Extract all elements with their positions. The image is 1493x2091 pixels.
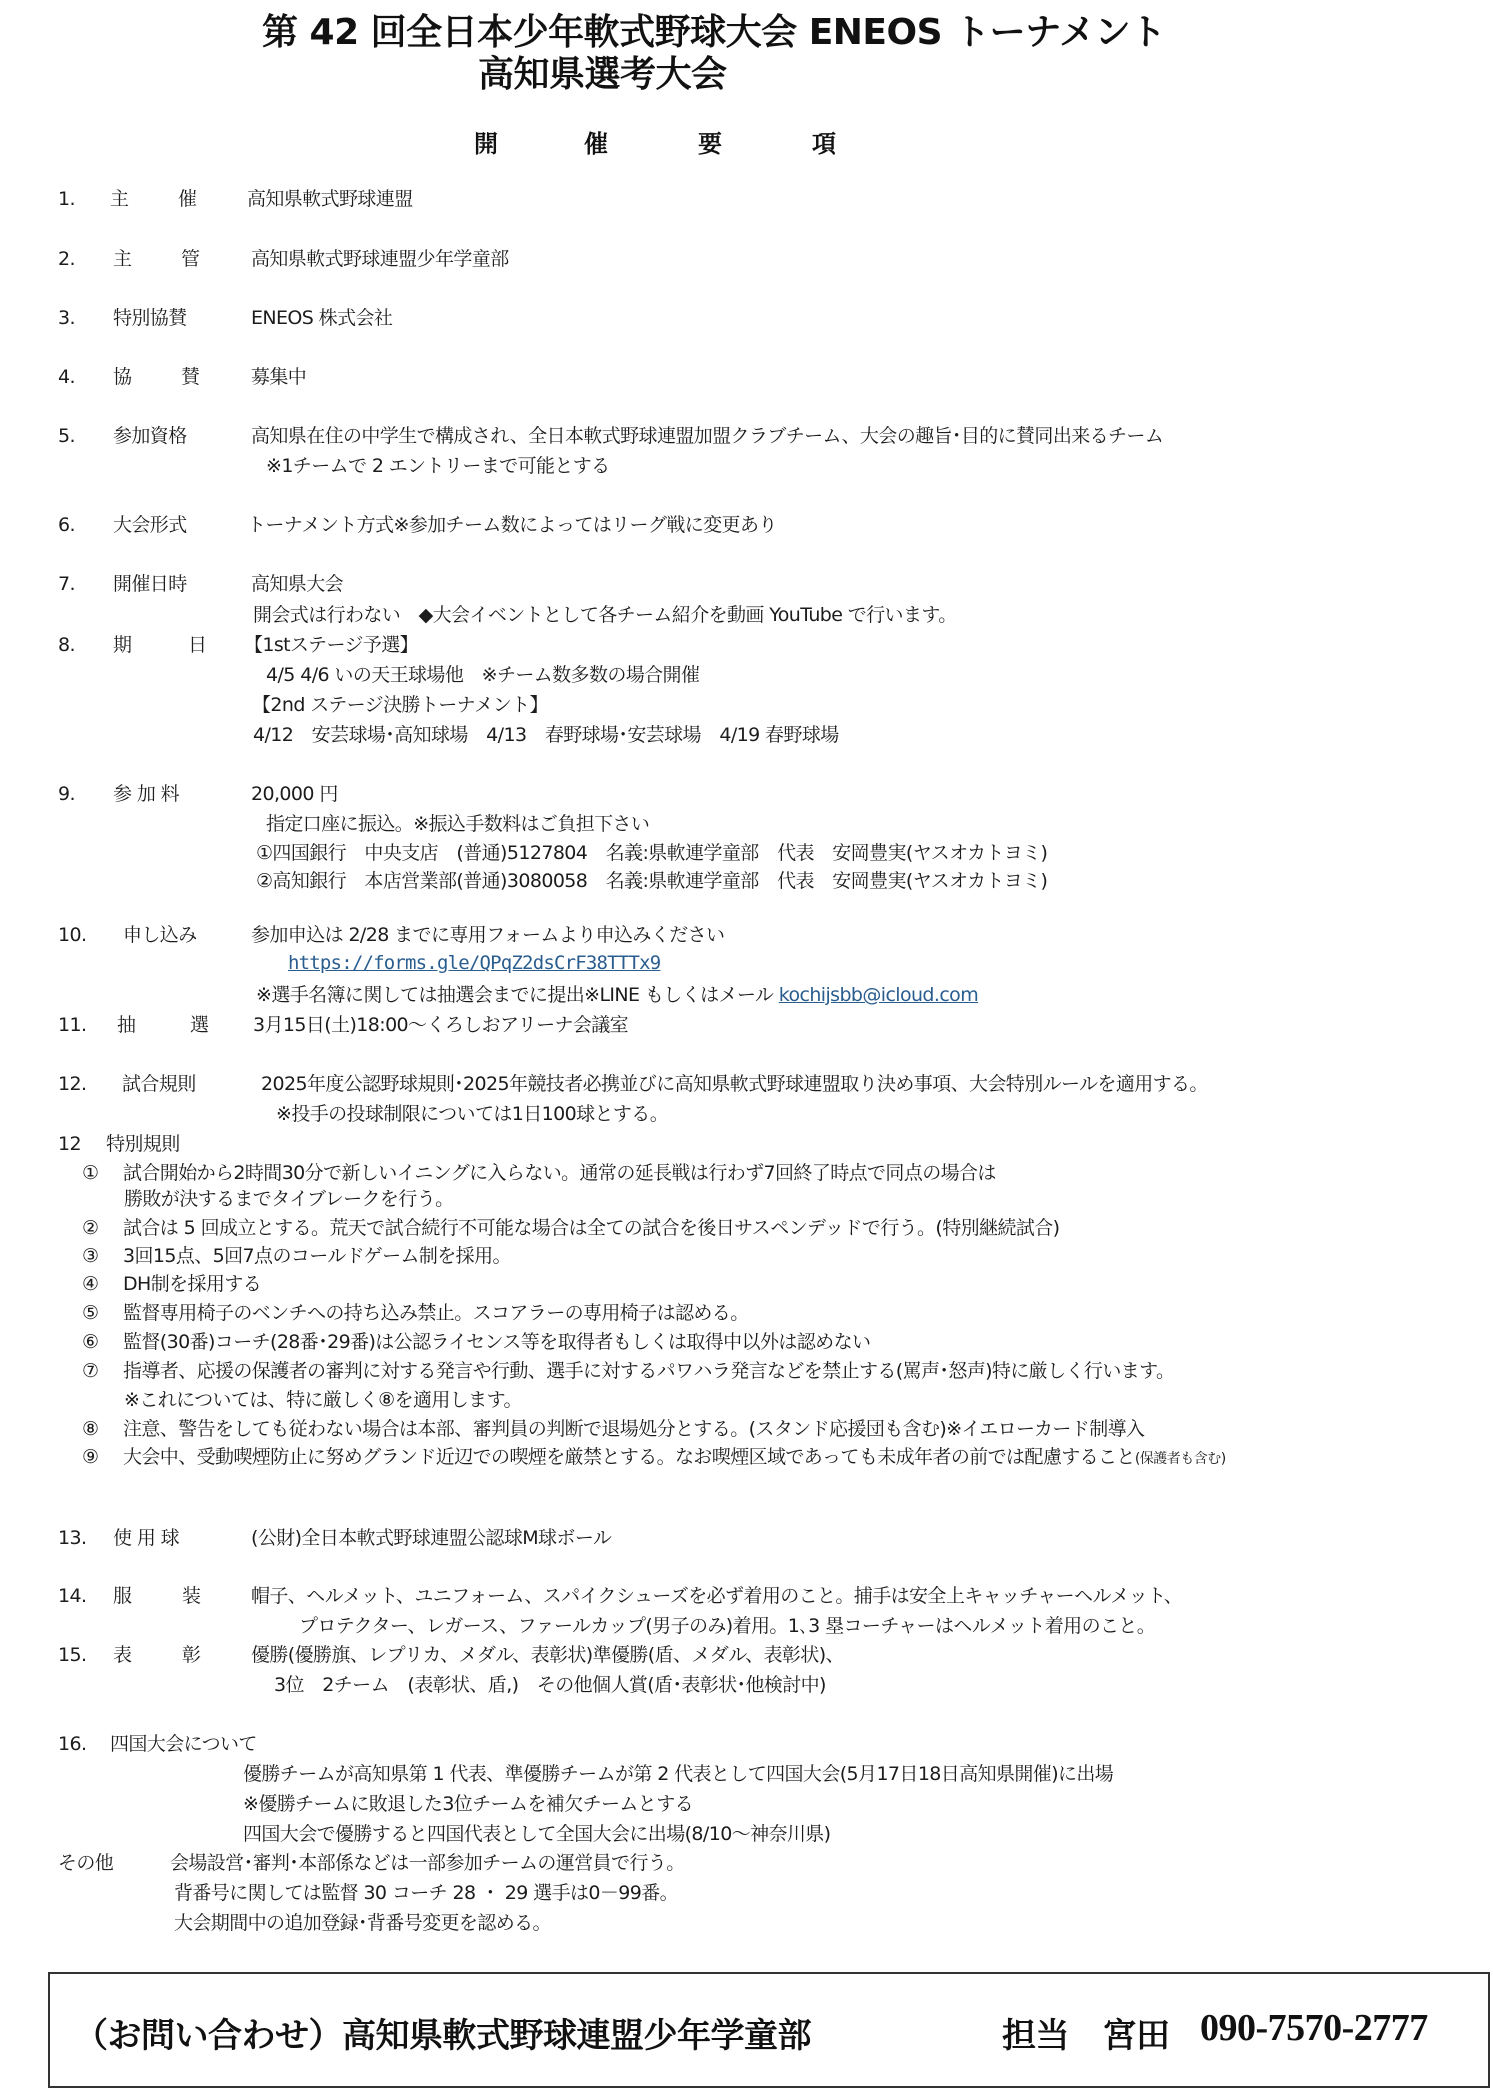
contact-phone: 090-7570-2777 — [1200, 2006, 1428, 2050]
bank-account-line: ②高知銀行 本店営業部(普通)3080058 名義:県軟連学童部 代表 安岡豊実… — [256, 869, 1047, 893]
rule-text-cont: 勝敗が決するまでタイブレークを行う。 — [124, 1187, 454, 1211]
section-label-char: 催 — [178, 187, 196, 211]
section-label: 大会形式 — [113, 513, 187, 537]
rule-text: DH制を採用する — [123, 1272, 261, 1296]
bank-account-line: ①四国銀行 中央支店 (普通)5127804 名義:県軟連学童部 代表 安岡豊実… — [256, 841, 1047, 865]
section-label-char: 選 — [190, 1013, 208, 1037]
section-note: 開会式は行わない ◆大会イベントとして各チーム紹介を動画 YouTube で行い… — [253, 603, 957, 627]
contact-box: （お問い合わせ）高知県軟式野球連盟少年学童部 担当 宮田 090-7570-27… — [48, 1972, 1490, 2088]
schedule-line: 4/5 4/6 いの天王球場他 ※チーム数多数の場合開催 — [266, 663, 699, 687]
subtitle-char: 開 — [474, 124, 498, 159]
subtitle-char: 要 — [698, 124, 722, 159]
section-number: 12 — [58, 1132, 81, 1156]
section-label-char: 協 — [113, 365, 131, 389]
section-number: 15. — [58, 1643, 86, 1667]
section-label: 参 加 料 — [113, 782, 179, 806]
section-number: 14. — [58, 1584, 86, 1608]
other-line: 会場設営･審判･本部係などは一部参加チームの運営員で行う。 — [170, 1851, 685, 1875]
rule-text-cont: ※これについては、特に厳しく⑧を適用します。 — [124, 1388, 522, 1412]
other-line: 大会期間中の追加登録･背番号変更を認める。 — [174, 1911, 551, 1935]
section-number: 3. — [58, 306, 75, 330]
section-value: 3月15日(土)18:00～くろしおアリーナ会議室 — [253, 1013, 628, 1037]
rule-marker: ⑧ — [82, 1417, 98, 1441]
rule-text: 試合は 5 回成立とする。荒天で試合続行不可能な場合は全ての試合を後日サスペンデ… — [123, 1216, 1059, 1240]
rule-text: 試合開始から2時間30分で新しいイニングに入らない。通常の延長戦は行わず7回終了… — [123, 1161, 996, 1185]
rule-text: 監督(30番)コーチ(28番･29番)は公認ライセンス等を取得者もしくは取得中以… — [123, 1330, 870, 1354]
section-value: 高知県軟式野球連盟 — [247, 187, 413, 211]
section-number: 16. — [58, 1732, 86, 1756]
section-number: 10. — [58, 923, 86, 947]
section-label: その他 — [58, 1851, 113, 1875]
section-label-char: 主 — [113, 247, 131, 271]
rule-marker: ③ — [82, 1244, 98, 1268]
other-line: 背番号に関しては監督 30 コーチ 28 ・ 29 選手は0－99番。 — [174, 1881, 678, 1905]
shikoku-line: ※優勝チームに敗退した3位チームを補欠チームとする — [243, 1792, 693, 1816]
schedule-line: 【2nd ステージ決勝トーナメント】 — [252, 693, 548, 717]
rule-marker: ② — [82, 1216, 98, 1240]
rule-marker: ⑨ — [82, 1445, 98, 1469]
section-number: 1. — [58, 187, 75, 211]
roster-note: ※選手名簿に関しては抽選会までに提出※LINE もしくはメール kochijsb… — [256, 983, 978, 1007]
rule-text: 3回15点、5回7点のコールドゲーム制を採用。 — [123, 1244, 511, 1268]
section-note: ※投手の投球制限については1日100球とする。 — [276, 1102, 668, 1126]
email-link[interactable]: kochijsbb@icloud.com — [779, 984, 978, 1006]
section-label-char: 期 — [113, 633, 131, 657]
contact-organization: （お問い合わせ）高知県軟式野球連盟少年学童部 — [74, 2008, 811, 2057]
rule-text-main: 大会中、受動喫煙防止に努めグランド近辺での喫煙を厳禁とする。なお喫煙区域であって… — [123, 1446, 1135, 1468]
section-value: 2025年度公認野球規則･2025年競技者必携並びに高知県軟式野球連盟取り決め事… — [261, 1072, 1208, 1096]
rule-marker: ⑥ — [82, 1330, 98, 1354]
shikoku-line: 優勝チームが高知県第 1 代表、準優勝チームが第 2 代表として四国大会(5月1… — [243, 1762, 1113, 1786]
schedule-line: 4/12 安芸球場･高知球場 4/13 春野球場･安芸球場 4/19 春野球場 — [253, 723, 839, 747]
section-note: ※1チームで 2 エントリーまで可能とする — [266, 454, 610, 478]
application-form-link[interactable]: https://forms.gle/QPqZ2dsCrF38TTTx9 — [288, 952, 660, 974]
document-title-line2: 高知県選考大会 — [478, 46, 727, 97]
contact-person: 担当 宮田 — [1002, 2008, 1170, 2057]
section-number: 9. — [58, 782, 75, 806]
section-number: 12. — [58, 1072, 86, 1096]
section-label: 四国大会について — [110, 1732, 257, 1756]
section-label: 参加資格 — [113, 424, 187, 448]
section-value: 参加申込は 2/28 までに専用フォームより申込みください — [251, 923, 724, 947]
rule-text: 大会中、受動喫煙防止に努めグランド近辺での喫煙を厳禁とする。なお喫煙区域であって… — [123, 1445, 1226, 1471]
section-label-char: 抽 — [117, 1013, 135, 1037]
schedule-line: 【1stステージ予選】 — [244, 633, 418, 657]
section-label: 使 用 球 — [113, 1526, 179, 1550]
section-value: 20,000 円 — [251, 782, 338, 806]
section-number: 4. — [58, 365, 75, 389]
subtitle-char: 項 — [812, 124, 836, 159]
section-number: 8. — [58, 633, 75, 657]
section-label-char: 装 — [182, 1584, 200, 1608]
section-value: 高知県大会 — [251, 572, 343, 596]
section-label-char: 表 — [113, 1643, 131, 1667]
section-value: 高知県在住の中学生で構成され、全日本軟式野球連盟加盟クラブチーム、大会の趣旨･目… — [251, 424, 1163, 448]
section-label: 開催日時 — [113, 572, 187, 596]
section-note: プロテクター、レガース、ファールカップ(男子のみ)着用。1､3 塁コーチャーはヘ… — [299, 1614, 1155, 1638]
rule-text-small: (保護者も含む) — [1135, 1451, 1226, 1467]
section-value: (公財)全日本軟式野球連盟公認球M球ボール — [251, 1526, 611, 1550]
rule-text: 指導者、応援の保護者の審判に対する発言や行動、選手に対するパワハラ発言などを禁止… — [123, 1359, 1174, 1383]
rule-text: 注意、警告をしても従わない場合は本部、審判員の判断で退場処分とする。(スタンド応… — [123, 1417, 1144, 1441]
section-label-char: 管 — [181, 247, 199, 271]
section-value: 帽子、ヘルメット、ユニフォーム、スパイクシューズを必ず着用のこと。捕手は安全上キ… — [251, 1584, 1182, 1608]
rule-marker: ① — [82, 1161, 98, 1185]
section-label-char: 服 — [113, 1584, 131, 1608]
rule-text: 監督専用椅子のベンチへの持ち込み禁止。スコアラーの専用椅子は認める。 — [123, 1301, 749, 1325]
roster-note-text: ※選手名簿に関しては抽選会までに提出※LINE もしくはメール — [256, 984, 779, 1006]
section-value: トーナメント方式※参加チーム数によってはリーグ戦に変更あり — [247, 513, 777, 537]
rule-marker: ⑤ — [82, 1301, 98, 1325]
section-number: 11. — [58, 1013, 86, 1037]
section-number: 13. — [58, 1526, 86, 1550]
section-label-char: 日 — [188, 633, 206, 657]
fee-line: 指定口座に振込。※振込手数料はご負担下さい — [266, 812, 649, 836]
section-number: 7. — [58, 572, 75, 596]
section-label-char: 彰 — [182, 1643, 200, 1667]
section-label: 試合規則 — [122, 1072, 196, 1096]
shikoku-line: 四国大会で優勝すると四国代表として全国大会に出場(8/10～神奈川県) — [243, 1822, 831, 1846]
section-label: 申し込み — [123, 923, 197, 947]
rule-marker: ④ — [82, 1272, 98, 1296]
section-value: 募集中 — [251, 365, 306, 389]
section-number: 5. — [58, 424, 75, 448]
section-value: 高知県軟式野球連盟少年学童部 — [251, 247, 509, 271]
section-label: 特別規則 — [106, 1132, 180, 1156]
rule-marker: ⑦ — [82, 1359, 98, 1383]
section-label: 特別協賛 — [113, 306, 187, 330]
subtitle-char: 催 — [584, 124, 608, 159]
section-label-char: 主 — [110, 187, 128, 211]
section-note: 3位 2チーム (表彰状、盾,) その他個人賞(盾･表彰状･他検討中) — [274, 1673, 826, 1697]
section-number: 2. — [58, 247, 75, 271]
section-number: 6. — [58, 513, 75, 537]
section-label-char: 賛 — [181, 365, 199, 389]
section-value: ENEOS 株式会社 — [251, 306, 392, 330]
section-value: 優勝(優勝旗、レプリカ、メダル、表彰状)準優勝(盾、メダル、表彰状)、 — [251, 1643, 844, 1667]
